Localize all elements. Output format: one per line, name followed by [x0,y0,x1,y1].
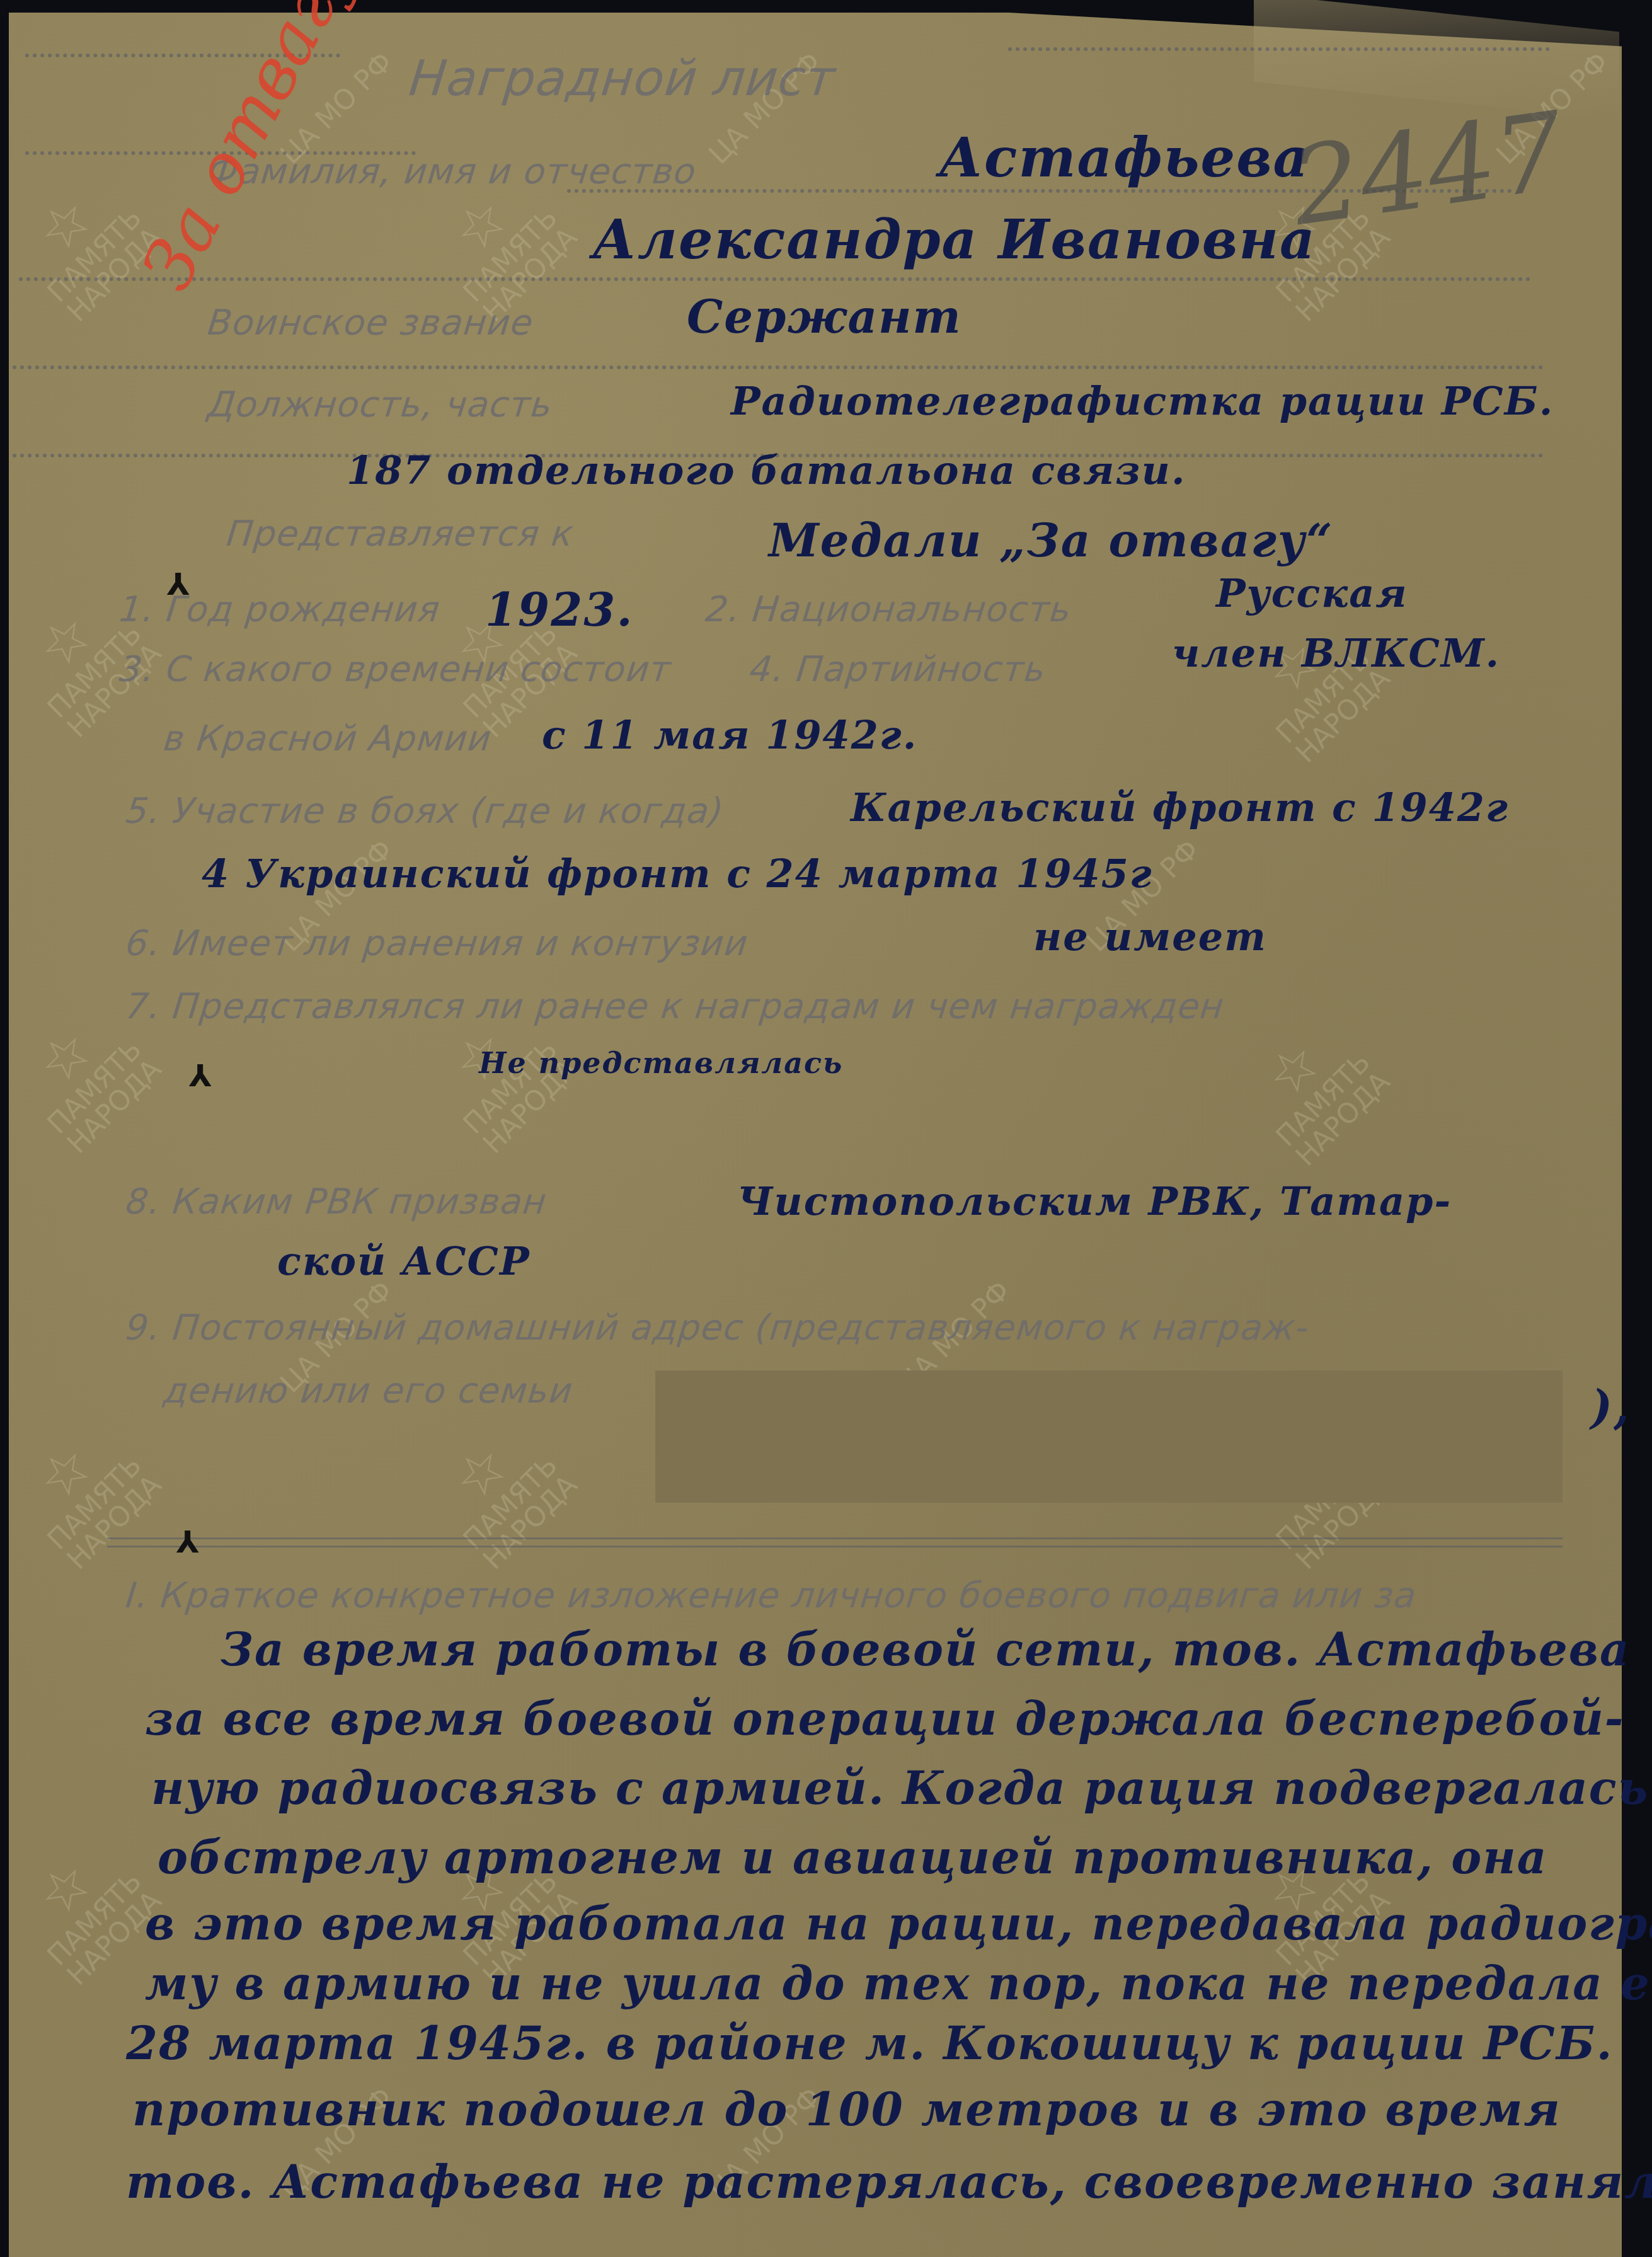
q7-label: 7. Представлялся ли ранее к наградам и ч… [124,986,1227,1027]
q5-label: 5. Участие в боях (где и когда) [124,791,726,832]
position-value-line1: Радиотелеграфистка рации РСБ. [731,378,1554,424]
narrative-line: тов. Астафьева не растерялась, своевреме… [126,2155,1652,2208]
narrative-line: ную радиосвязь с армией. Когда рация под… [151,1761,1649,1815]
q8-value-line1: Чистопольским РВК, Татар- [737,1178,1452,1224]
closing-paren: ), [1591,1380,1631,1433]
position-label: Должность, часть [206,384,555,425]
nominated-label: Представляется к [225,514,576,554]
form-title: Наградной лист [406,50,838,107]
q8-value-line2: ской АССР [277,1238,531,1284]
q4-label: 4. Партийность [748,649,1048,690]
narrative-line: в это время работала на рации, передавал… [145,1897,1652,1950]
q5-value-line1: Карельский фронт с 1942г [851,784,1509,830]
nominated-award-value: Медали „За отвагу“ [769,514,1334,567]
narrative-line: противник подошел до 100 метров и в это … [132,2082,1561,2136]
dotted-line [19,277,1531,281]
q6-label: 6. Имеет ли ранения и контузии [124,923,750,964]
section-i-label: I. Краткое конкретное изложение личного … [124,1575,1419,1616]
dotted-line [1008,47,1550,51]
narrative-line: За время работы в боевой сети, тов. Аста… [221,1622,1631,1676]
narrative-line: 28 марта 1945г. в районе м. Кокошицу к р… [126,2016,1613,2070]
q3-label-cont: в Красной Армии [162,718,494,759]
redacted-address [655,1370,1563,1503]
narrative-line: му в армию и не ушла до тех пор, пока не… [145,1956,1652,2010]
q3-label: 3. С какого времени состоит [118,649,674,690]
q2-value: Русская [1216,570,1408,616]
q2-label: 2. Национальность [704,589,1074,630]
surname-value: Астафьева [939,126,1309,190]
rank-value: Сержант [687,290,962,343]
binding-mark: ⅄ [176,1525,200,1560]
narrative-line: обстрелу артогнем и авиацией противника,… [158,1830,1547,1884]
narrative-line: за все время боевой операции держала бес… [145,1692,1625,1745]
section-divider [107,1537,1563,1548]
q3-value: с 11 мая 1942г. [542,712,917,758]
q8-label: 8. Каким РВК призван [124,1181,549,1222]
q6-value: не имеет [1033,914,1267,960]
dotted-line [13,365,1544,369]
q1-label: 1. Год рождения [118,589,442,630]
q1-value: 1923. [485,583,633,636]
binding-mark: ⅄ [189,1059,212,1094]
given-names-value: Александра Ивановна [592,208,1316,272]
name-label: Фамилия, имя и отчество [206,151,699,192]
q9-label-cont: дению или его семьи [162,1370,575,1411]
q4-value: член ВЛКСМ. [1172,630,1500,676]
binding-mark: ⅄ [167,567,190,602]
q9-label: 9. Постоянный домашний адрес (представля… [124,1307,1311,1348]
position-value-line2: 187 отдельного батальона связи. [347,447,1186,493]
q7-value: Не представлялась [479,1046,843,1080]
q5-value-line2: 4 Украинский фронт с 24 марта 1945г [202,851,1153,897]
rank-label: Воинское звание [206,302,536,343]
